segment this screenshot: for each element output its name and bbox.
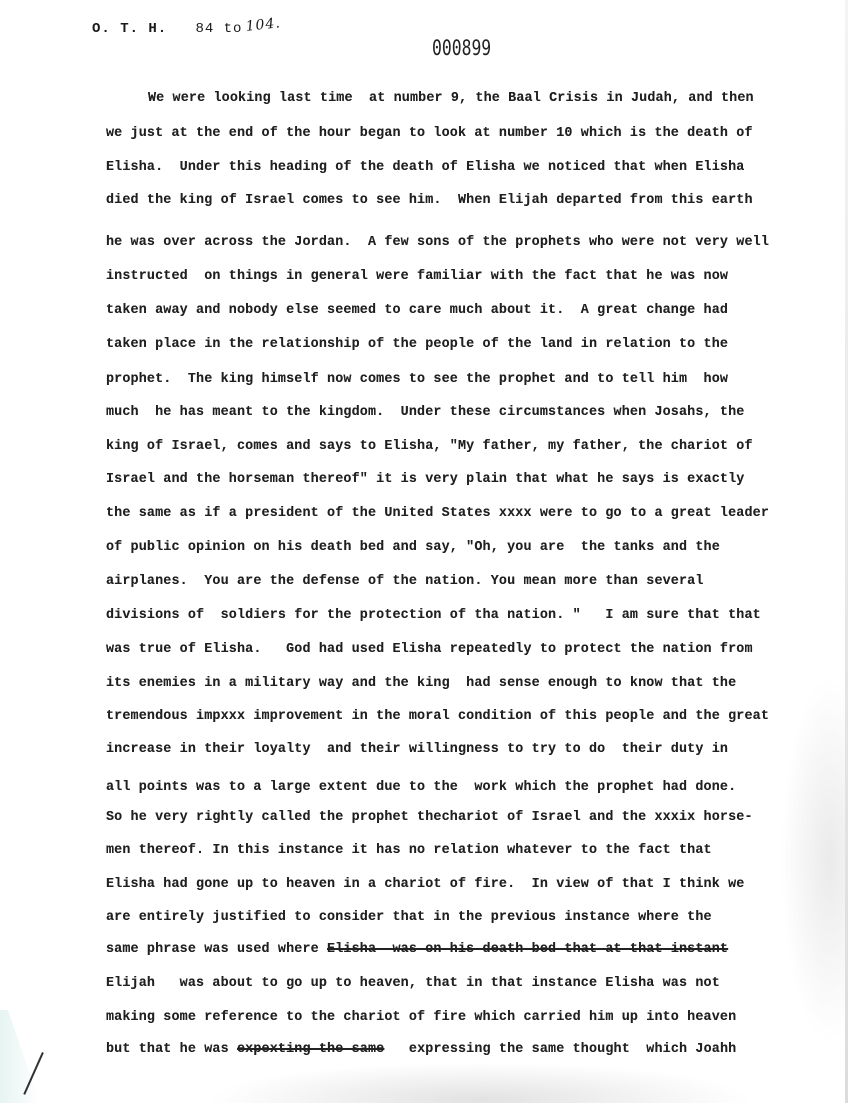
text-line: tremendous impxxx improvement in the mor… bbox=[106, 709, 769, 725]
text-line-with-strikeout: same phrase was used where Elisha was on… bbox=[106, 942, 728, 958]
text-segment: expressing the same thought which Joahh bbox=[384, 1042, 736, 1057]
header-reference: O. T. H. 84 to104. bbox=[92, 20, 282, 37]
text-line: making some reference to the chariot of … bbox=[106, 1010, 736, 1026]
text-line: Elisha. Under this heading of the death … bbox=[106, 160, 744, 176]
text-segment: same phrase was used where bbox=[106, 942, 327, 957]
text-line: men thereof. In this instance it has no … bbox=[106, 843, 712, 859]
text-segment: but that he was bbox=[106, 1042, 237, 1057]
text-line: taken place in the relationship of the p… bbox=[106, 337, 728, 353]
text-line: Elisha had gone up to heaven in a chario… bbox=[106, 877, 744, 893]
page-range: 84 to bbox=[195, 21, 242, 37]
text-line: of public opinion on his death bed and s… bbox=[106, 540, 720, 556]
handwritten-page-end: 104. bbox=[245, 15, 282, 35]
text-line: the same as if a president of the United… bbox=[106, 506, 769, 522]
text-line: increase in their loyalty and their will… bbox=[106, 742, 728, 758]
text-line: instructed on things in general were fam… bbox=[106, 269, 728, 285]
text-line: was true of Elisha. God had used Elisha … bbox=[106, 642, 753, 658]
text-line: died the king of Israel comes to see him… bbox=[106, 193, 753, 209]
text-line: So he very rightly called the prophet th… bbox=[106, 810, 753, 826]
text-line: prophet. The king himself now comes to s… bbox=[106, 372, 728, 388]
page-corner-fold bbox=[0, 1010, 40, 1103]
text-line-with-strikeout: but that he was expexting the same expre… bbox=[106, 1042, 736, 1058]
scanned-page: O. T. H. 84 to104. 000899 We were lookin… bbox=[0, 0, 848, 1103]
text-line: he was over across the Jordan. A few son… bbox=[106, 235, 769, 251]
text-line: are entirely justified to consider that … bbox=[106, 910, 712, 926]
text-line: divisions of soldiers for the protection… bbox=[106, 608, 761, 624]
text-line: Israel and the horseman thereof" it is v… bbox=[106, 472, 744, 488]
text-line: king of Israel, comes and says to Elisha… bbox=[106, 439, 753, 455]
text-line: Elijah was about to go up to heaven, tha… bbox=[106, 976, 720, 992]
text-line: taken away and nobody else seemed to car… bbox=[106, 303, 728, 319]
document-number-stamp: 000899 bbox=[432, 36, 491, 60]
course-reference: O. T. H. bbox=[92, 21, 167, 37]
text-line: much he has meant to the kingdom. Under … bbox=[106, 405, 744, 421]
text-line: all points was to a large extent due to … bbox=[106, 780, 736, 796]
text-line: airplanes. You are the defense of the na… bbox=[106, 574, 704, 590]
text-line: we just at the end of the hour began to … bbox=[106, 126, 753, 142]
struck-out-text: expexting the same bbox=[237, 1042, 384, 1057]
struck-out-text: Elisha was on his death bed that at that… bbox=[327, 942, 728, 957]
text-line: We were looking last time at number 9, t… bbox=[148, 91, 754, 107]
text-line: its enemies in a military way and the ki… bbox=[106, 676, 736, 692]
